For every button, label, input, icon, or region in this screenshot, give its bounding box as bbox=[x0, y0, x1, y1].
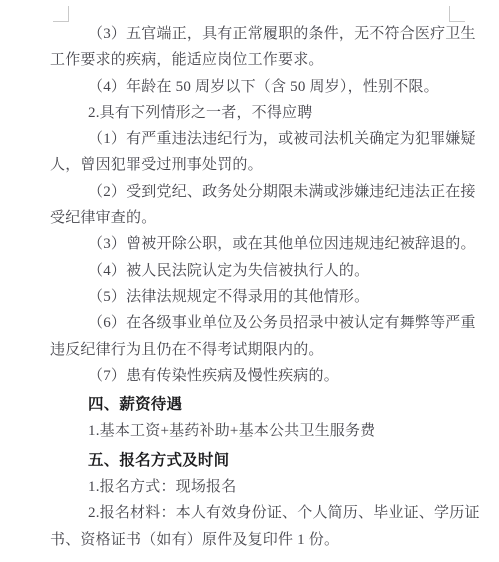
doc-line: （1）有严重违法违纪行为，或被司法机关确定为犯罪嫌疑 bbox=[50, 126, 464, 152]
document-body: （3）五官端正，具有正常履职的条件，无不符合医疗卫生 工作要求的疾病，能适应岗位… bbox=[50, 21, 464, 553]
doc-line: （3）五官端正，具有正常履职的条件，无不符合医疗卫生 bbox=[50, 21, 464, 47]
doc-line: （2）受到党纪、政务处分期限未满或涉嫌违纪违法正在接 bbox=[50, 179, 464, 205]
doc-line: （3）曾被开除公职，或在其他单位因违规违纪被辞退的。 bbox=[50, 231, 464, 257]
doc-line: （7）患有传染性疾病及慢性疾病的。 bbox=[50, 363, 464, 389]
doc-line: 1.基本工资+基药补助+基本公共卫生服务费 bbox=[50, 418, 464, 444]
section-heading-registration: 五、报名方式及时间 bbox=[50, 448, 464, 474]
doc-line: （4）被人民法院认定为失信被执行人的。 bbox=[50, 258, 464, 284]
crop-mark-top-right-icon bbox=[449, 6, 465, 22]
crop-mark-top-left-icon bbox=[53, 6, 69, 22]
doc-line: 2.具有下列情形之一者，不得应聘 bbox=[50, 100, 464, 126]
doc-line: 1.报名方式：现场报名 bbox=[50, 474, 464, 500]
doc-line: 工作要求的疾病，能适应岗位工作要求。 bbox=[50, 47, 464, 73]
section-heading-salary: 四、薪资待遇 bbox=[50, 392, 464, 418]
doc-line: 书、资格证书（如有）原件及复印件 1 份。 bbox=[50, 527, 464, 553]
doc-line: （5）法律法规规定不得录用的其他情形。 bbox=[50, 284, 464, 310]
doc-line: 2.报名材料：本人有效身份证、个人简历、毕业证、学历证 bbox=[50, 500, 464, 526]
doc-line: 人，曾因犯罪受过刑事处罚的。 bbox=[50, 152, 464, 178]
doc-line: 违反纪律行为且仍在不得考试期限内的。 bbox=[50, 337, 464, 363]
doc-line: （6）在各级事业单位及公务员招录中被认定有舞弊等严重 bbox=[50, 310, 464, 336]
doc-line: 受纪律审查的。 bbox=[50, 205, 464, 231]
document-page: （3）五官端正，具有正常履职的条件，无不符合医疗卫生 工作要求的疾病，能适应岗位… bbox=[0, 0, 499, 562]
doc-line: （4）年龄在 50 周岁以下（含 50 周岁），性别不限。 bbox=[50, 74, 464, 100]
